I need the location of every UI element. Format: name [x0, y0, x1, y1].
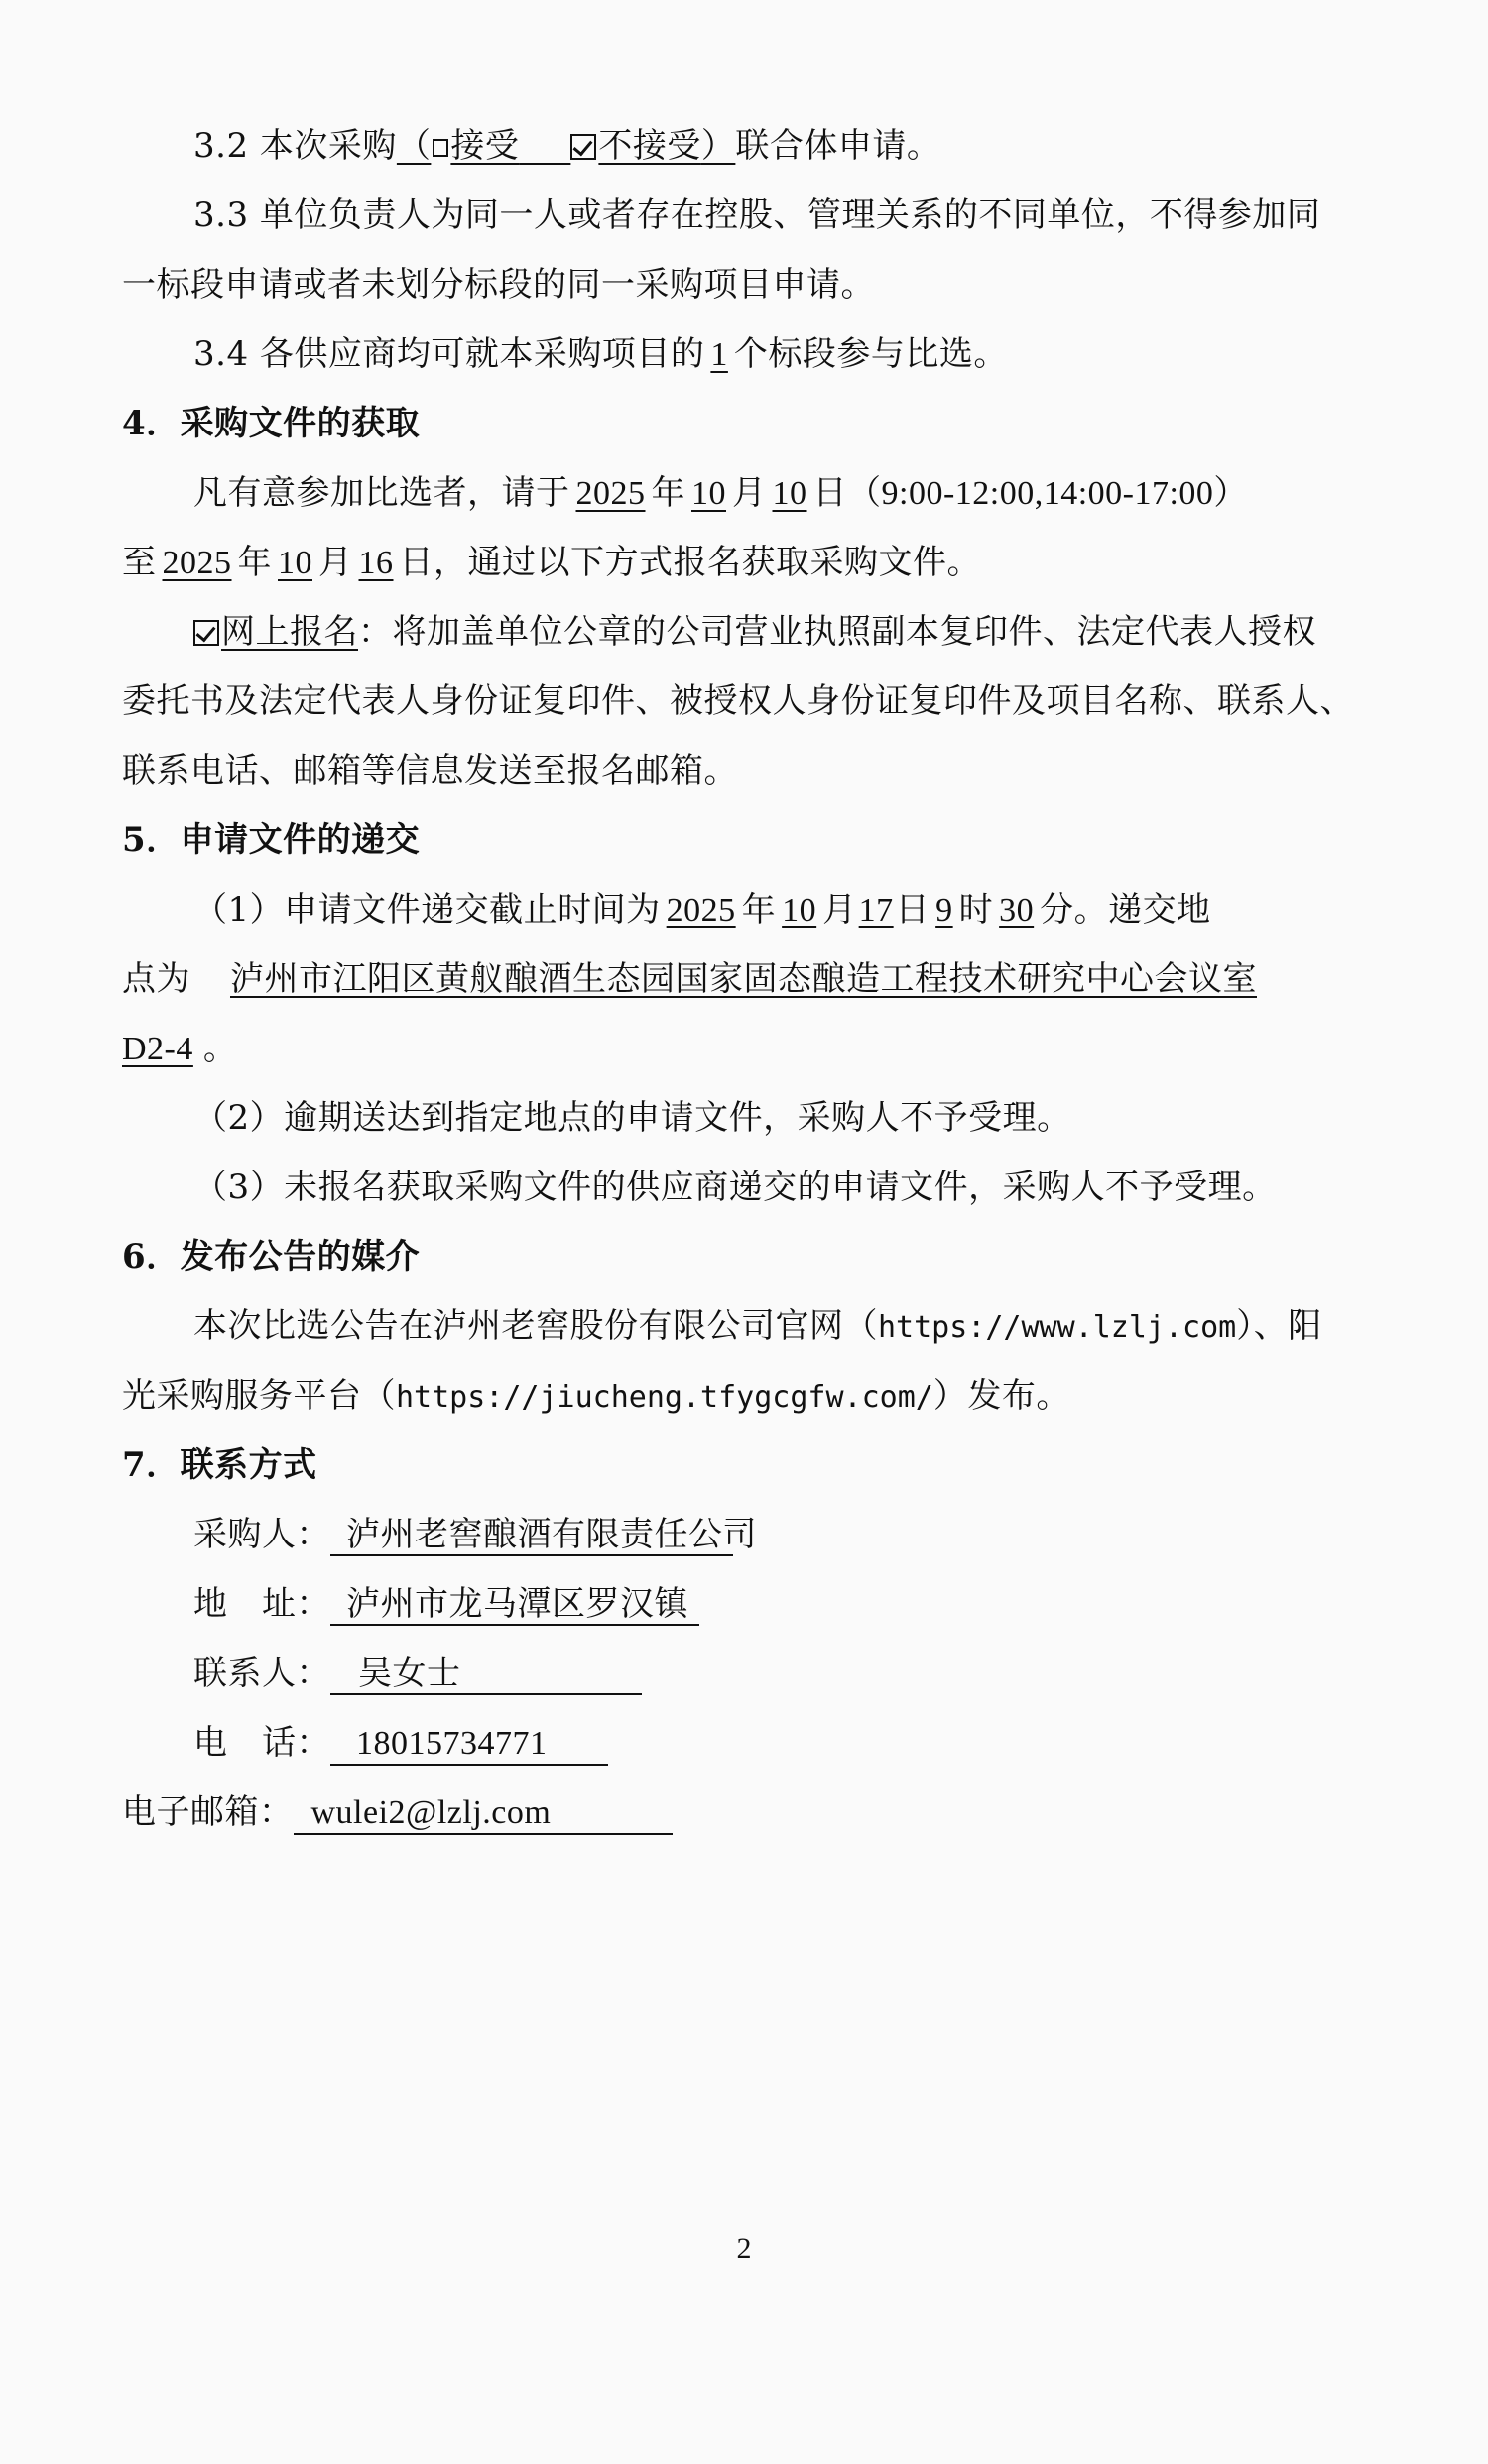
option-reject-label: 不接受 [598, 126, 701, 166]
contact-label: 电子邮箱： [122, 1778, 294, 1847]
submission-place: 泸州市江阳区黄舣酿酒生态园国家固态酿造工程技术研究中心会议室 [190, 959, 1257, 999]
start-year: 2025 [570, 459, 652, 529]
lot-count: 1 [704, 320, 734, 390]
online-registration-line1: 网上报名：将加盖单位公章的公司营业执照副本复印件、法定代表人授权 [122, 597, 1368, 667]
media-prefix: 本次比选公告在泸州老窖股份有限公司官网（ [193, 1306, 878, 1346]
paren-open: （ [397, 126, 432, 166]
deadline-month: 10 [776, 876, 822, 945]
item-3-3-line1: 3.3 单位负责人为同一人或者存在控股、管理关系的不同单位，不得参加同 [122, 181, 1368, 250]
contact-label: 联系人： [193, 1639, 330, 1708]
phone-value[interactable]: 18015734771 [330, 1724, 608, 1766]
media-separator: ）、阳 [1236, 1306, 1322, 1346]
to-label: 至 [122, 543, 157, 582]
section-7-heading: 7．联系方式 [122, 1430, 1368, 1500]
end-month: 10 [272, 529, 318, 598]
late-submission-rule: （2）逾期送达到指定地点的申请文件，采购人不予受理。 [122, 1083, 1368, 1153]
start-day: 10 [767, 459, 813, 529]
checkbox-reject-checked-icon [570, 134, 596, 160]
day-label: 日 [813, 473, 848, 513]
item-3-2-prefix: 3.2 本次采购 [193, 126, 397, 166]
contact-person-value: 吴女士 [330, 1654, 642, 1695]
option-accept-label: 接受 [450, 126, 519, 166]
end-year: 2025 [157, 529, 238, 598]
contact-purchaser: 采购人：泸州老窖酿酒有限责任公司 [122, 1500, 1368, 1569]
day-label: 日 [896, 890, 930, 929]
section-6-heading: 6．发布公告的媒介 [122, 1222, 1368, 1292]
purchaser-value: 泸州老窖酿酒有限责任公司 [330, 1515, 733, 1556]
consortium-options: （接受 不接受） [397, 126, 736, 166]
deadline-hour: 9 [930, 876, 959, 945]
deadline-day: 17 [857, 892, 896, 928]
submission-place-line1: 点为泸州市江阳区黄舣酿酒生态园国家固态酿造工程技术研究中心会议室 [122, 944, 1368, 1014]
place-suffix: 。 [203, 1029, 238, 1068]
email-value[interactable]: wulei2@lzlj.com [294, 1793, 673, 1835]
online-registration-label: 网上报名 [221, 612, 358, 652]
page-number: 2 [0, 2232, 1488, 2266]
year-label: 年 [742, 890, 777, 929]
contact-label: 采购人： [193, 1500, 330, 1569]
section-5-heading: 5．申请文件的递交 [122, 805, 1368, 875]
place-prefix: 点为 [122, 959, 190, 999]
section-4-heading: 4．采购文件的获取 [122, 389, 1368, 458]
official-website-link[interactable]: https://www.lzlj.com [878, 1310, 1236, 1345]
colon: ： [358, 612, 393, 652]
document-page: 3.2 本次采购（接受 不接受）联合体申请。 3.3 单位负责人为同一人或者存在… [122, 111, 1368, 1847]
item-3-3-line2: 一标段申请或者未划分标段的同一采购项目申请。 [122, 250, 1368, 319]
acquisition-period-line1: 凡有意参加比选者，请于2025年10月10日（9:00-12:00,14:00-… [122, 458, 1368, 528]
online-registration-line3: 联系电话、邮箱等信息发送至报名邮箱。 [122, 736, 1368, 805]
checkbox-online-checked-icon [193, 620, 219, 646]
end-day: 16 [353, 529, 400, 598]
year-label: 年 [652, 473, 686, 513]
acquisition-period-line2: 至2025年10月16日，通过以下方式报名获取采购文件。 [122, 528, 1368, 597]
online-registration-option: 网上报名 [193, 612, 358, 652]
deadline-prefix: （1）申请文件递交截止时间为 [193, 890, 661, 929]
item-3-4: 3.4 各供应商均可就本采购项目的1个标段参与比选。 [122, 319, 1368, 389]
unregistered-submission-rule: （3）未报名获取采购文件的供应商递交的申请文件，采购人不予受理。 [122, 1153, 1368, 1222]
paren-close: ） [701, 126, 736, 166]
media-line2: 光采购服务平台（https://jiucheng.tfygcgfw.com/）发… [122, 1361, 1368, 1430]
address-value: 泸州市龙马潭区罗汉镇 [330, 1584, 699, 1626]
contact-email: 电子邮箱：wulei2@lzlj.com [122, 1778, 1368, 1847]
month-label: 月 [318, 543, 353, 582]
year-label: 年 [238, 543, 273, 582]
minute-label: 分。递交地 [1040, 890, 1211, 929]
office-hours: （9:00-12:00,14:00-17:00） [847, 475, 1248, 512]
month-label: 月 [822, 890, 857, 929]
deadline-line: （1）申请文件递交截止时间为2025年10月17日9时30分。递交地 [122, 875, 1368, 944]
submission-room: D2-4 [122, 1031, 203, 1067]
media-suffix: ）发布。 [933, 1376, 1070, 1416]
acquisition-prefix: 凡有意参加比选者，请于 [193, 473, 570, 513]
item-3-4-prefix: 3.4 各供应商均可就本采购项目的 [193, 334, 704, 374]
acquisition-suffix: 日，通过以下方式报名获取采购文件。 [400, 543, 982, 582]
deadline-minute: 30 [993, 876, 1040, 945]
contact-person: 联系人：吴女士 [122, 1639, 1368, 1708]
online-registration-line2: 委托书及法定代表人身份证复印件、被授权人身份证复印件及项目名称、联系人、 [122, 667, 1368, 736]
month-label: 月 [732, 473, 767, 513]
platform-prefix: 光采购服务平台（ [122, 1376, 396, 1416]
deadline-year: 2025 [661, 876, 742, 945]
contact-address: 地 址：泸州市龙马潭区罗汉镇 [122, 1569, 1368, 1639]
checkbox-accept-icon [433, 139, 448, 157]
contact-label: 电 话： [193, 1708, 330, 1778]
submission-place-line2: D2-4。 [122, 1014, 1368, 1083]
contact-label: 地 址： [193, 1569, 330, 1639]
hour-label: 时 [959, 890, 994, 929]
item-3-4-suffix: 个标段参与比选。 [734, 334, 1008, 374]
online-registration-text: 将加盖单位公章的公司营业执照副本复印件、法定代表人授权 [393, 612, 1317, 652]
item-3-2: 3.2 本次采购（接受 不接受）联合体申请。 [122, 111, 1368, 181]
contact-phone: 电 话：18015734771 [122, 1708, 1368, 1778]
procurement-platform-link[interactable]: https://jiucheng.tfygcgfw.com/ [396, 1380, 933, 1415]
item-3-2-suffix: 联合体申请。 [735, 126, 940, 166]
start-month: 10 [685, 459, 732, 529]
media-line1: 本次比选公告在泸州老窖股份有限公司官网（https://www.lzlj.com… [122, 1292, 1368, 1361]
